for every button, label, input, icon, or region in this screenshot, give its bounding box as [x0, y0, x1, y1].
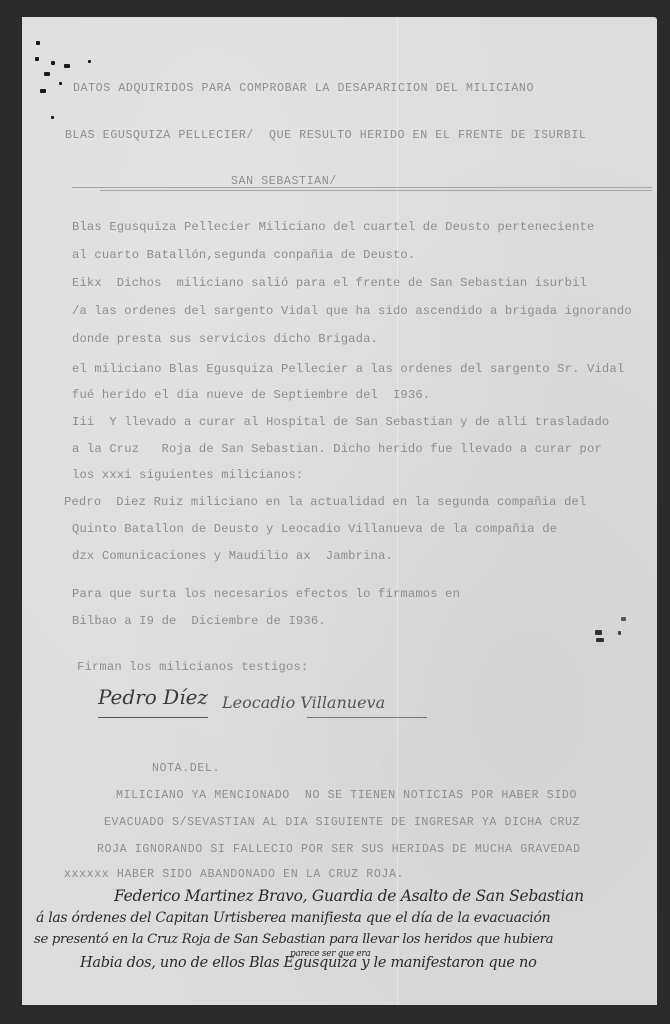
closing-line: Bilbao a I9 de Diciembre de I936. [72, 614, 326, 628]
title-line-1: DATOS ADQUIRIDOS PARA COMPROBAR LA DESAP… [73, 82, 534, 95]
ink-spot [44, 72, 50, 76]
ink-spot [64, 64, 70, 68]
divider-line [100, 190, 652, 191]
signature-leocadio-villanueva: Leocadio Villanueva [222, 693, 385, 712]
body-line: Quinto Batallon de Deusto y Leocadio Vil… [72, 522, 557, 536]
body-line: al cuarto Batallón,segunda conpañia de D… [72, 248, 415, 262]
handwritten-line: se presentó en la Cruz Roja de San Sebas… [34, 932, 553, 947]
signature-flourish [98, 717, 208, 718]
nota-line: EVACUADO S/SEVASTIAN AL DIA SIGUIENTE DE… [104, 816, 580, 829]
body-line: el miliciano Blas Egusquiza Pellecier a … [72, 362, 624, 376]
witness-label: Firman los milicianos testigos: [77, 660, 308, 674]
ink-spot [618, 631, 621, 635]
body-line: donde presta sus servicios dicho Brigada… [72, 332, 378, 346]
body-line: dzx Comunicaciones y Maudilio ax Jambrin… [72, 549, 393, 563]
divider-line [72, 187, 652, 188]
nota-line: MILICIANO YA MENCIONADO NO SE TIENEN NOT… [116, 789, 577, 802]
ink-spot [40, 89, 46, 93]
ink-spot [88, 60, 91, 63]
ink-spot [59, 82, 62, 85]
signature-pedro-diez: Pedro Díez [98, 685, 208, 709]
paper-fold [397, 17, 398, 1005]
nota-line: xxxxxx HABER SIDO ABANDONADO EN LA CRUZ … [64, 868, 404, 881]
body-line: Blas Egusquiza Pellecier Miliciano del c… [72, 220, 594, 234]
body-line: fué herido el dia nueve de Septiembre de… [72, 388, 430, 402]
ink-spot [36, 41, 40, 45]
body-line: /a las ordenes del sargento Vidal que ha… [72, 304, 632, 318]
document-page: DATOS ADQUIRIDOS PARA COMPROBAR LA DESAP… [22, 17, 657, 1005]
body-line: a la Cruz Roja de San Sebastian. Dicho h… [72, 442, 602, 456]
closing-line: Para que surta los necesarios efectos lo… [72, 587, 460, 601]
handwritten-line: Habia dos, uno de ellos Blas Egusquiza y… [80, 955, 537, 971]
ink-spot [621, 617, 626, 621]
body-line: los xxxi siguientes milicianos: [72, 468, 303, 482]
handwritten-line: á las órdenes del Capitan Urtisberea man… [36, 910, 550, 926]
body-line: Pedro Diez Ruiz miliciano en la actualid… [64, 495, 586, 509]
nota-line: ROJA IGNORANDO SI FALLECIO POR SER SUS H… [97, 843, 581, 856]
body-line: Iii Y llevado a curar al Hospital de San… [72, 415, 609, 429]
body-line: Eikx Dichos miliciano salió para el fren… [72, 276, 587, 290]
ink-spot [35, 57, 39, 61]
signature-flourish [307, 717, 427, 718]
ink-spot [51, 116, 54, 119]
nota-heading: NOTA.DEL. [152, 762, 220, 775]
title-line-2: BLAS EGUSQUIZA PELLECIER/ QUE RESULTO HE… [65, 129, 586, 142]
ink-spot [595, 630, 602, 635]
ink-spot [51, 61, 55, 65]
handwritten-line: Federico Martinez Bravo, Guardia de Asal… [114, 887, 584, 905]
ink-spot [596, 638, 604, 642]
